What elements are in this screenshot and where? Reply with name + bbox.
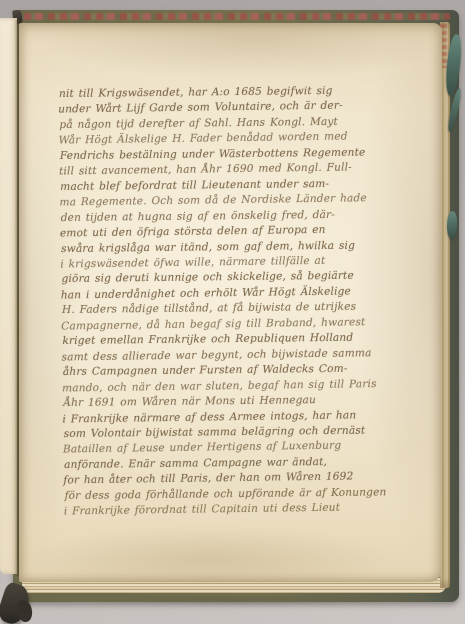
book-drop-shadow xyxy=(34,596,444,608)
red-speckled-page-edge-top xyxy=(24,13,450,20)
manuscript-page: nit till Krigswäsendet, har A:o 1685 beg… xyxy=(19,23,442,582)
handwritten-text-block: nit till Krigswäsendet, har A:o 1685 beg… xyxy=(58,83,416,538)
photograph-of-manuscript-book: nit till Krigswäsendet, har A:o 1685 beg… xyxy=(0,0,465,624)
